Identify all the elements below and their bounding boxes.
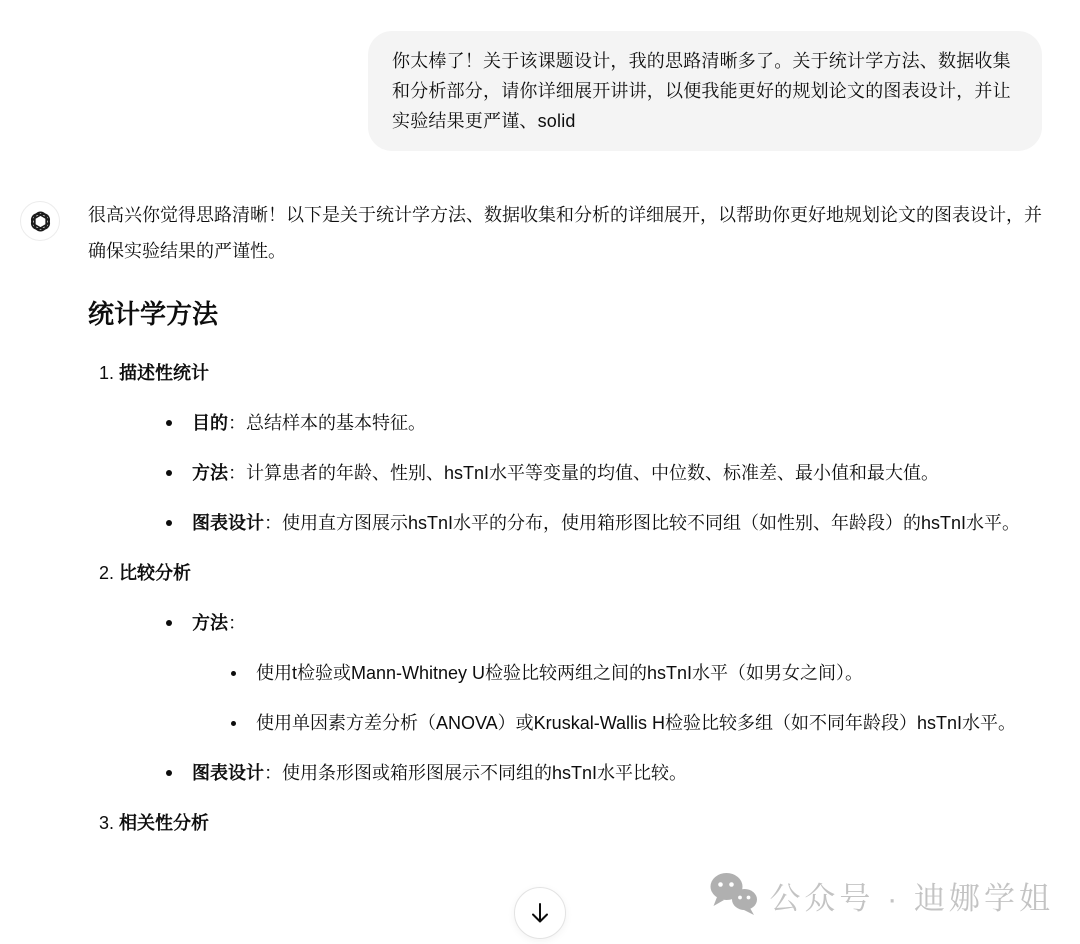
user-message-row: 你太棒了！关于该课题设计，我的思路清晰多了。关于统计学方法、数据收集和分析部分，…: [0, 0, 1080, 151]
assistant-avatar: [20, 201, 60, 241]
chat-conversation: 你太棒了！关于该课题设计，我的思路清晰多了。关于统计学方法、数据收集和分析部分，…: [0, 0, 1080, 855]
item-number: 1.: [88, 355, 119, 391]
user-message-bubble: 你太棒了！关于该课题设计，我的思路清晰多了。关于统计学方法、数据收集和分析部分，…: [368, 31, 1042, 151]
bullet-icon: [166, 520, 172, 526]
bullet-colon: ：: [228, 613, 246, 633]
item-number: 3.: [88, 805, 119, 841]
bullet-icon: [231, 721, 236, 726]
bullet-icon: [166, 770, 172, 776]
bullet-text: 使用t检验或Mann-Whitney U检验比较两组之间的hsTnI水平（如男女…: [256, 655, 863, 691]
bullet-colon: ：: [264, 763, 282, 783]
numbered-item-title: 2.比较分析: [88, 555, 1050, 591]
item-number: 2.: [88, 555, 119, 591]
bullet-text: 使用直方图展示hsTnI水平的分布，使用箱形图比较不同组（如性别、年龄段）的hs…: [282, 513, 1020, 533]
numbered-item-2: 2.比较分析 方法： 使用t检验或Mann-Whitney U检验比较两组之间的…: [88, 555, 1050, 791]
watermark: 公众号 · 迪娜学姐: [709, 872, 1054, 918]
nested-list-item: 使用单因素方差分析（ANOVA）或Kruskal-Wallis H检验比较多组（…: [88, 705, 1050, 741]
item-title-text: 描述性统计: [119, 363, 209, 383]
openai-logo-icon: [27, 208, 54, 235]
bullet-colon: ：: [264, 513, 282, 533]
item-title-text: 比较分析: [119, 563, 191, 583]
bullet-label: 图表设计: [192, 513, 264, 533]
list-item: 图表设计：使用条形图或箱形图展示不同组的hsTnI水平比较。: [88, 755, 1050, 791]
bullet-icon: [231, 671, 236, 676]
bullet-label: 目的: [192, 413, 228, 433]
assistant-intro-paragraph: 很高兴你觉得思路清晰！以下是关于统计学方法、数据收集和分析的详细展开，以帮助你更…: [88, 197, 1050, 269]
list-item: 方法：: [88, 605, 1050, 641]
section-heading: 统计学方法: [88, 297, 1050, 331]
bullet-icon: [166, 620, 172, 626]
wechat-icon: [709, 872, 759, 918]
bullet-colon: ：: [228, 463, 246, 483]
assistant-message-row: 很高兴你觉得思路清晰！以下是关于统计学方法、数据收集和分析的详细展开，以帮助你更…: [0, 197, 1080, 855]
item-title-text: 相关性分析: [119, 813, 209, 833]
numbered-item-title: 3.相关性分析: [88, 805, 1050, 841]
list-item: 图表设计：使用直方图展示hsTnI水平的分布，使用箱形图比较不同组（如性别、年龄…: [88, 505, 1050, 541]
bullet-label: 方法: [192, 613, 228, 633]
bullet-icon: [166, 420, 172, 426]
numbered-item-3: 3.相关性分析: [88, 805, 1050, 841]
bullet-icon: [166, 470, 172, 476]
bullet-text: 计算患者的年龄、性别、hsTnI水平等变量的均值、中位数、标准差、最小值和最大值…: [246, 463, 939, 483]
list-item: 目的：总结样本的基本特征。: [88, 405, 1050, 441]
numbered-item-1: 1.描述性统计 目的：总结样本的基本特征。 方法：计算患者的年龄、性别、hsTn…: [88, 355, 1050, 541]
nested-list-item: 使用t检验或Mann-Whitney U检验比较两组之间的hsTnI水平（如男女…: [88, 655, 1050, 691]
numbered-item-title: 1.描述性统计: [88, 355, 1050, 391]
bullet-colon: ：: [228, 413, 246, 433]
bullet-text: 使用单因素方差分析（ANOVA）或Kruskal-Wallis H检验比较多组（…: [256, 705, 1016, 741]
arrow-down-icon: [527, 900, 553, 926]
bullet-label: 方法: [192, 463, 228, 483]
scroll-to-bottom-button[interactable]: [514, 887, 566, 939]
bullet-label: 图表设计: [192, 763, 264, 783]
bullet-text: 总结样本的基本特征。: [246, 413, 426, 433]
bullet-text: 使用条形图或箱形图展示不同组的hsTnI水平比较。: [282, 763, 687, 783]
list-item: 方法：计算患者的年龄、性别、hsTnI水平等变量的均值、中位数、标准差、最小值和…: [88, 455, 1050, 491]
assistant-message-content: 很高兴你觉得思路清晰！以下是关于统计学方法、数据收集和分析的详细展开，以帮助你更…: [88, 197, 1050, 855]
watermark-text: 公众号 · 迪娜学姐: [769, 873, 1054, 918]
